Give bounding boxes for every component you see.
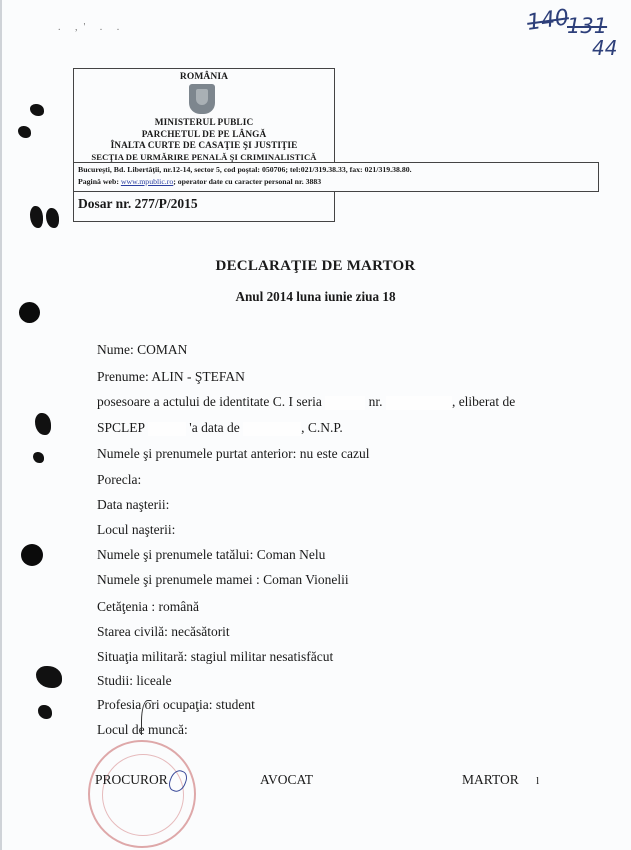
- field-birth-place: Locul naşterii:: [97, 522, 175, 538]
- field-id-issuer: SPCLEP 'a data de , C.N.P.: [97, 420, 343, 436]
- field-father: Numele şi prenumele tatălui: Coman Nelu: [97, 547, 325, 563]
- document-date: Anul 2014 luna iunie ziua 18: [0, 289, 631, 305]
- id-issued-label: , eliberat de: [452, 394, 515, 409]
- header-court: ÎNALTA CURTE DE CASAŢIE ŞI JUSTIŢIE: [73, 141, 335, 151]
- signature-prosecutor: PROCUROR: [95, 772, 168, 788]
- punch-mark: [30, 104, 44, 116]
- field-nickname: Porecla:: [97, 472, 141, 488]
- issue-date-label: 'a data de: [189, 420, 239, 435]
- punch-hole: [21, 544, 43, 566]
- page-edge: [0, 0, 2, 850]
- header-prosecutor-office: PARCHETUL DE PE LÂNGĂ: [73, 130, 335, 140]
- field-prenume: Prenume: ALIN - ŞTEFAN: [97, 369, 245, 385]
- redacted-issuer: [148, 422, 186, 436]
- punch-hole: [19, 302, 40, 323]
- id-label: posesoare a actului de identitate C. I s…: [97, 394, 322, 409]
- field-id-document: posesoare a actului de identitate C. I s…: [97, 394, 515, 410]
- witness-signature-mark: l: [536, 775, 539, 787]
- signature-witness: MARTOR l: [462, 772, 539, 788]
- case-number: Dosar nr. 277/P/2015: [78, 196, 198, 212]
- issuer-label: SPCLEP: [97, 420, 145, 435]
- header-ministry: MINISTERUL PUBLIC: [73, 118, 335, 128]
- coat-of-arms-icon: [189, 84, 215, 114]
- document-title: DECLARAŢIE DE MARTOR: [0, 258, 631, 275]
- field-nume: Nume: COMAN: [97, 342, 187, 358]
- field-studies: Studii: liceale: [97, 673, 172, 689]
- cnp-label: , C.N.P.: [301, 420, 343, 435]
- punch-mark: [35, 413, 51, 435]
- field-marital-status: Starea civilă: necăsătorit: [97, 624, 230, 640]
- punch-mark: [33, 452, 44, 463]
- web-label: Pagină web:: [78, 177, 119, 186]
- redacted-issue-date: [243, 422, 301, 436]
- scan-marks: . ,' . .: [58, 22, 125, 33]
- signature-lawyer: AVOCAT: [260, 772, 313, 788]
- handwritten-page-number: 44: [592, 36, 617, 60]
- pen-stroke: [141, 700, 152, 735]
- field-occupation: Profesia ori ocupaţia: student: [97, 697, 255, 713]
- field-mother: Numele şi prenumele mamei : Coman Vionel…: [97, 572, 349, 588]
- witness-label: MARTOR: [462, 772, 519, 787]
- official-stamp: [88, 740, 196, 848]
- header-section: SECŢIA DE URMĂRIRE PENALĂ ŞI CRIMINALIST…: [73, 152, 335, 162]
- redacted-seria: [325, 396, 365, 410]
- handwritten-struck-number: 140: [525, 5, 570, 36]
- punch-mark: [38, 705, 52, 719]
- punch-mark: [36, 666, 62, 688]
- field-military-status: Situaţia militară: stagiul militar nesat…: [97, 649, 333, 665]
- field-citizenship: Cetăţenia : română: [97, 599, 199, 615]
- header-country: ROMÂNIA: [73, 72, 335, 82]
- punch-mark: [30, 206, 43, 228]
- punch-mark: [18, 126, 31, 138]
- field-birth-date: Data naşterii:: [97, 497, 169, 513]
- handwritten-struck-number-2: 131: [567, 14, 607, 38]
- redacted-nr: [386, 396, 452, 410]
- field-previous-name: Numele şi prenumele purtat anterior: nu …: [97, 446, 370, 462]
- web-suffix: ; operator date cu caracter personal nr.…: [173, 177, 321, 186]
- web-link[interactable]: www.mpublic.ro: [121, 177, 173, 186]
- header-address: Bucureşti, Bd. Libertăţii, nr.12-14, sec…: [78, 165, 412, 174]
- id-nr-label: nr.: [369, 394, 383, 409]
- punch-mark: [46, 208, 59, 228]
- header-web-line: Pagină web: www.mpublic.ro; operator dat…: [78, 177, 321, 186]
